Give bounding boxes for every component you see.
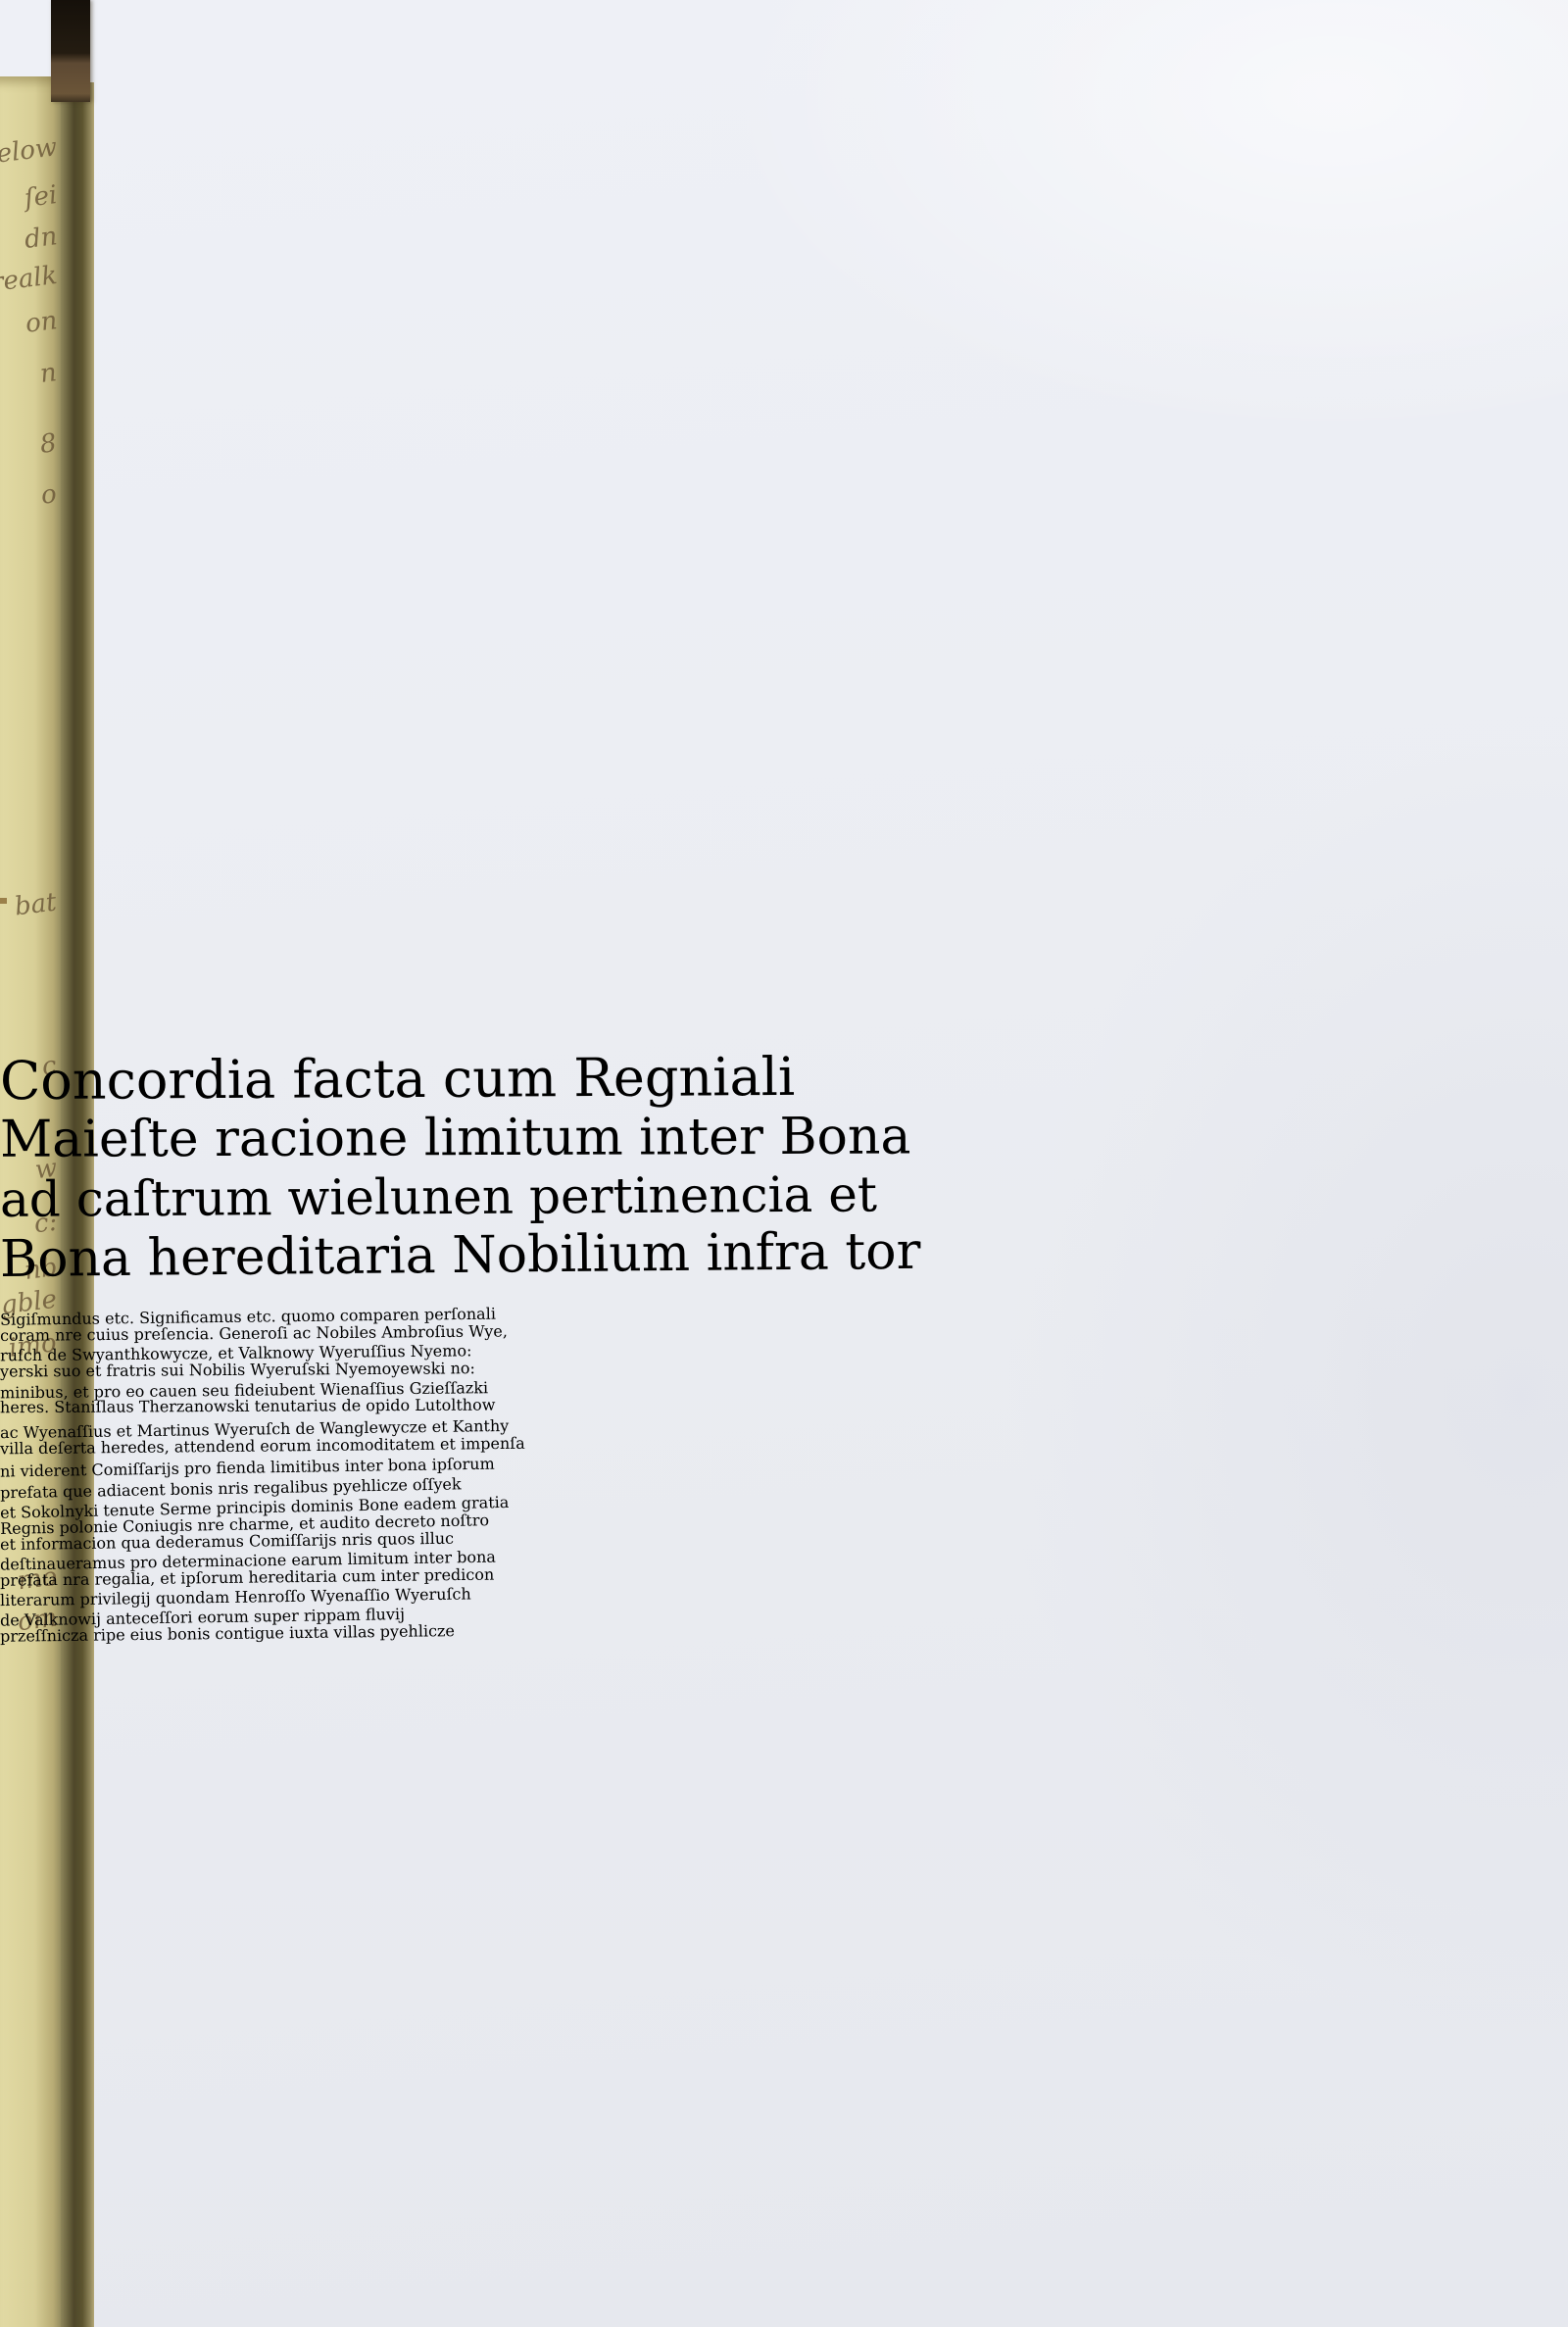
verso-text-fragment: realk xyxy=(0,261,59,298)
stain-spot xyxy=(0,898,7,904)
verso-text-fragment: dn xyxy=(23,222,59,255)
heading-line: Maieſte racione limitum inter Bona xyxy=(0,1105,1568,1169)
binding-strap-top xyxy=(51,0,90,102)
parchment-crease xyxy=(0,480,1568,892)
verso-text-fragment: ſei xyxy=(23,180,59,214)
verso-text-fragment: n xyxy=(38,358,58,389)
verso-text-fragment: 8 xyxy=(39,428,59,460)
binding-strap-bottom xyxy=(45,2011,76,2327)
heading-line: Concordia facta cum Regniali xyxy=(0,1042,1568,1112)
verso-text-fragment: on xyxy=(24,306,59,339)
photograph-of-manuscript: gelow ſei dn realk on n 8 o bat c w c: n… xyxy=(0,0,1568,2327)
verso-text-fragment: gelow xyxy=(0,132,59,171)
verso-text-fragment: bat xyxy=(14,888,59,922)
